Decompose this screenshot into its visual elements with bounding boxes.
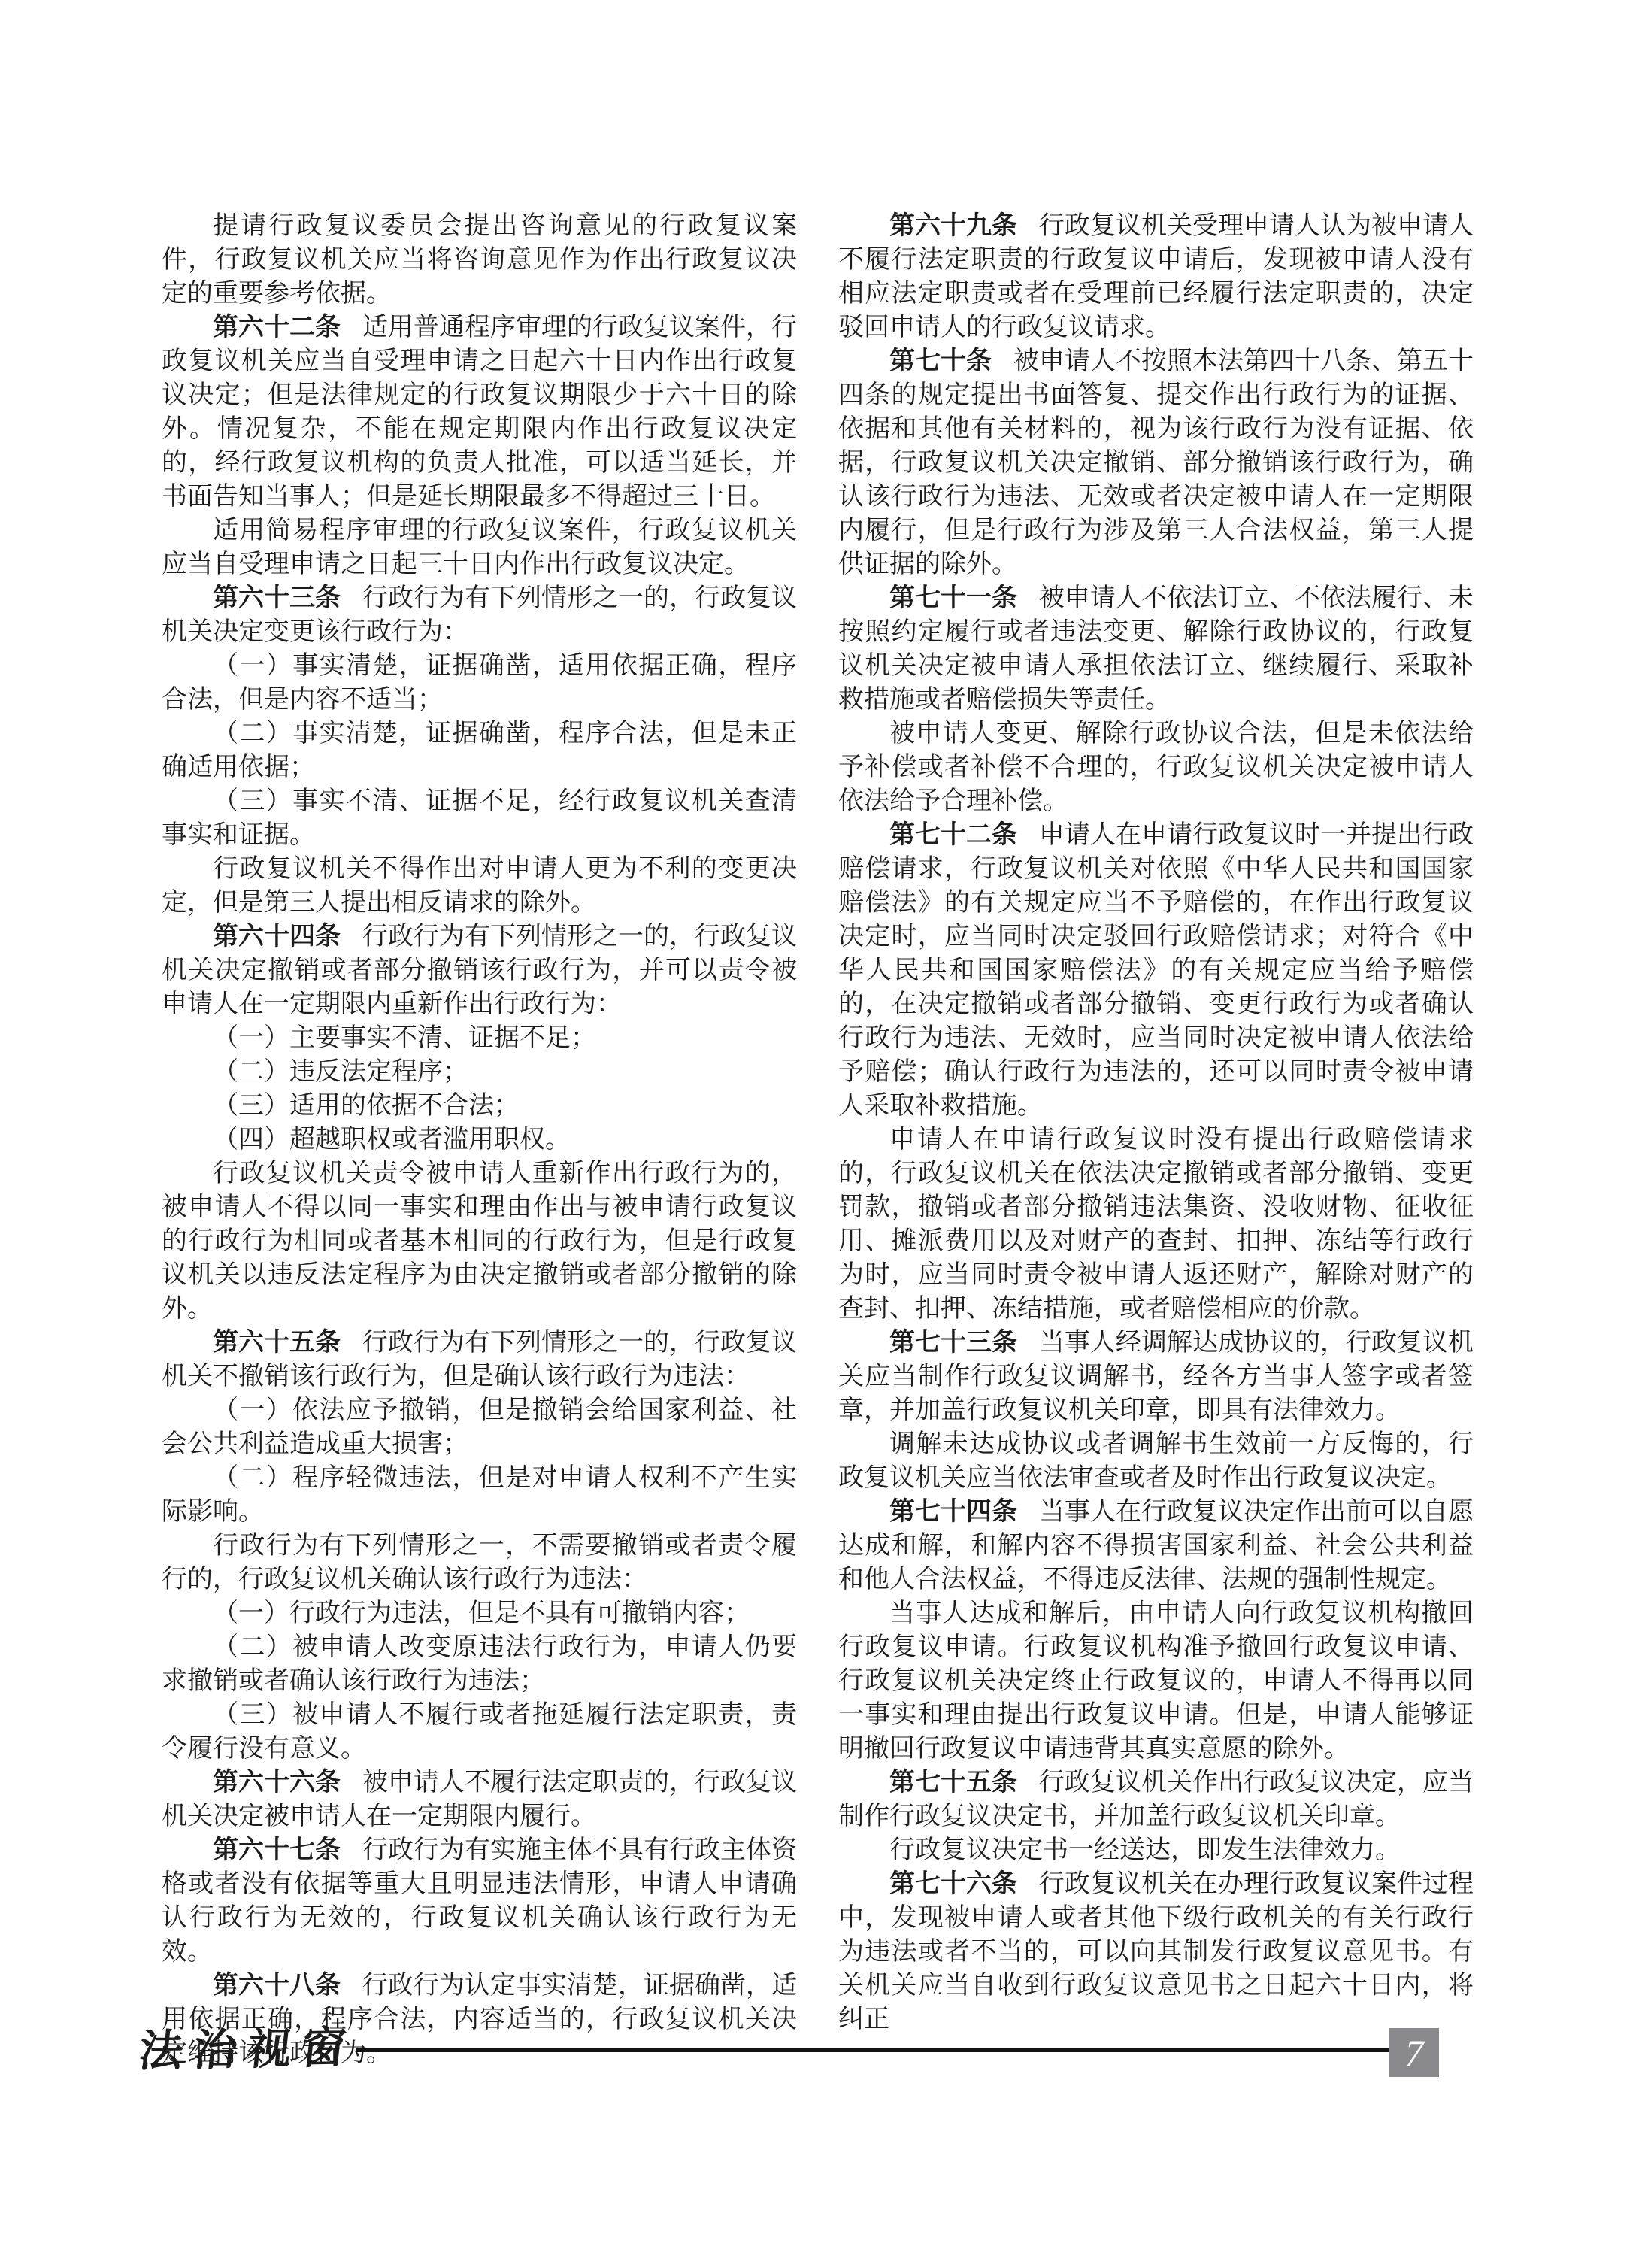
body-paragraph: （一）主要事实不清、证据不足； (162, 1021, 797, 1055)
article-paragraph: 第六十九条行政复议机关受理申请人认为被申请人不履行法定职责的行政复议申请后，发现… (838, 209, 1474, 344)
body-paragraph: 行政复议机关责令被申请人重新作出行政行为的，被申请人不得以同一事实和理由作出与被… (162, 1157, 797, 1326)
page-number-badge: 7 (1389, 2028, 1439, 2077)
body-paragraph: （二）被申请人改变原违法行政行为，申请人仍要求撤销或者确认该行政行为违法； (162, 1630, 797, 1698)
article-number: 第六十三条 (213, 584, 341, 612)
body-paragraph: 提请行政复议委员会提出咨询意见的行政复议案件，行政复议机关应当将咨询意见作为作出… (162, 209, 797, 311)
article-paragraph: 第六十四条行政行为有下列情形之一的，行政复议机关决定撤销或者部分撤销该行政行为，… (162, 920, 797, 1021)
footer-rule (356, 2048, 1389, 2052)
body-paragraph: （一）事实清楚，证据确凿，适用依据正确，程序合法，但是内容不适当； (162, 649, 797, 717)
article-paragraph: 第六十六条被申请人不履行法定职责的，行政复议机关决定被申请人在一定期限内履行。 (162, 1766, 797, 1833)
article-paragraph: 第六十七条行政行为有实施主体不具有行政主体资格或者没有依据等重大且明显违法情形，… (162, 1833, 797, 1969)
article-number: 第六十二条 (213, 313, 341, 341)
body-paragraph: （四）超越职权或者滥用职权。 (162, 1123, 797, 1157)
article-number: 第六十九条 (889, 211, 1017, 240)
body-paragraph: （三）适用的依据不合法； (162, 1089, 797, 1123)
body-paragraph: 被申请人变更、解除行政协议合法，但是未依法给予补偿或者补偿不合理的，行政复议机关… (838, 717, 1474, 818)
page-number: 7 (1405, 2031, 1424, 2075)
article-number: 第七十五条 (889, 1768, 1017, 1797)
body-paragraph: 申请人在申请行政复议时没有提出行政赔偿请求的，行政复议机关在依法决定撤销或者部分… (838, 1123, 1474, 1326)
article-number: 第六十七条 (213, 1836, 341, 1864)
document-page: 提请行政复议委员会提出咨询意见的行政复议案件，行政复议机关应当将咨询意见作为作出… (0, 0, 1645, 2268)
body-paragraph: （二）事实清楚，证据确凿，程序合法，但是未正确适用依据； (162, 717, 797, 784)
article-paragraph: 第六十二条适用普通程序审理的行政复议案件，行政复议机关应当自受理申请之日起六十日… (162, 311, 797, 514)
article-paragraph: 第七十二条申请人在申请行政复议时一并提出行政赔偿请求，行政复议机关对依照《中华人… (838, 818, 1474, 1123)
two-column-text-block: 提请行政复议委员会提出咨询意见的行政复议案件，行政复议机关应当将咨询意见作为作出… (162, 209, 1474, 2070)
article-number: 第六十八条 (213, 1971, 341, 2000)
body-paragraph: （一）依法应予撤销，但是撤销会给国家利益、社会公共利益造成重大损害； (162, 1393, 797, 1461)
article-number: 第七十一条 (889, 584, 1017, 612)
right-column: 第六十九条行政复议机关受理申请人认为被申请人不履行法定职责的行政复议申请后，发现… (838, 209, 1474, 2070)
article-paragraph: 第七十六条行政复议机关在办理行政复议案件过程中，发现被申请人或者其他下级行政机关… (838, 1867, 1474, 2036)
article-number: 第七十条 (889, 347, 992, 375)
article-paragraph: 第六十五条行政行为有下列情形之一的，行政复议机关不撤销该行政行为，但是确认该行政… (162, 1326, 797, 1393)
article-paragraph: 第七十三条当事人经调解达成协议的，行政复议机关应当制作行政复议调解书，经各方当事… (838, 1326, 1474, 1427)
article-paragraph: 第七十四条当事人在行政复议决定作出前可以自愿达成和解，和解内容不得损害国家利益、… (838, 1495, 1474, 1596)
article-paragraph: 第七十五条行政复议机关作出行政复议决定，应当制作行政复议决定书，并加盖行政复议机… (838, 1766, 1474, 1833)
article-number: 第七十四条 (889, 1497, 1017, 1526)
body-paragraph: 行政复议机关不得作出对申请人更为不利的变更决定，但是第三人提出相反请求的除外。 (162, 852, 797, 920)
body-paragraph: 调解未达成协议或者调解书生效前一方反悔的，行政复议机关应当依法审查或者及时作出行… (838, 1427, 1474, 1495)
body-paragraph: （三）被申请人不履行或者拖延履行法定职责，责令履行没有意义。 (162, 1698, 797, 1766)
left-column: 提请行政复议委员会提出咨询意见的行政复议案件，行政复议机关应当将咨询意见作为作出… (162, 209, 797, 2070)
body-paragraph: 行政复议决定书一经送达，即发生法律效力。 (838, 1833, 1474, 1867)
article-number: 第六十四条 (213, 922, 341, 951)
article-paragraph: 第六十三条行政行为有下列情形之一的，行政复议机关决定变更该行政行为： (162, 581, 797, 649)
footer-brand: 法治视窗 (136, 2012, 359, 2078)
article-number: 第七十六条 (889, 1869, 1017, 1898)
body-paragraph: （二）程序轻微违法，但是对申请人权利不产生实际影响。 (162, 1461, 797, 1529)
article-paragraph: 第七十一条被申请人不依法订立、不依法履行、未按照约定履行或者违法变更、解除行政协… (838, 581, 1474, 717)
body-paragraph: 适用简易程序审理的行政复议案件，行政复议机关应当自受理申请之日起三十日内作出行政… (162, 514, 797, 581)
article-paragraph: 第七十条被申请人不按照本法第四十八条、第五十四条的规定提出书面答复、提交作出行政… (838, 344, 1474, 581)
article-number: 第六十六条 (213, 1768, 341, 1797)
article-number: 第七十二条 (889, 820, 1017, 849)
body-paragraph: （二）违反法定程序； (162, 1055, 797, 1089)
body-paragraph: 当事人达成和解后，由申请人向行政复议机构撤回行政复议申请。行政复议机构准予撤回行… (838, 1596, 1474, 1766)
article-number: 第六十五条 (213, 1328, 341, 1357)
body-paragraph: （一）行政行为违法，但是不具有可撤销内容； (162, 1596, 797, 1630)
article-number: 第七十三条 (889, 1328, 1017, 1357)
body-paragraph: （三）事实不清、证据不足，经行政复议机关查清事实和证据。 (162, 784, 797, 852)
body-paragraph: 行政行为有下列情形之一，不需要撤销或者责令履行的，行政复议机关确认该行政行为违法… (162, 1529, 797, 1596)
